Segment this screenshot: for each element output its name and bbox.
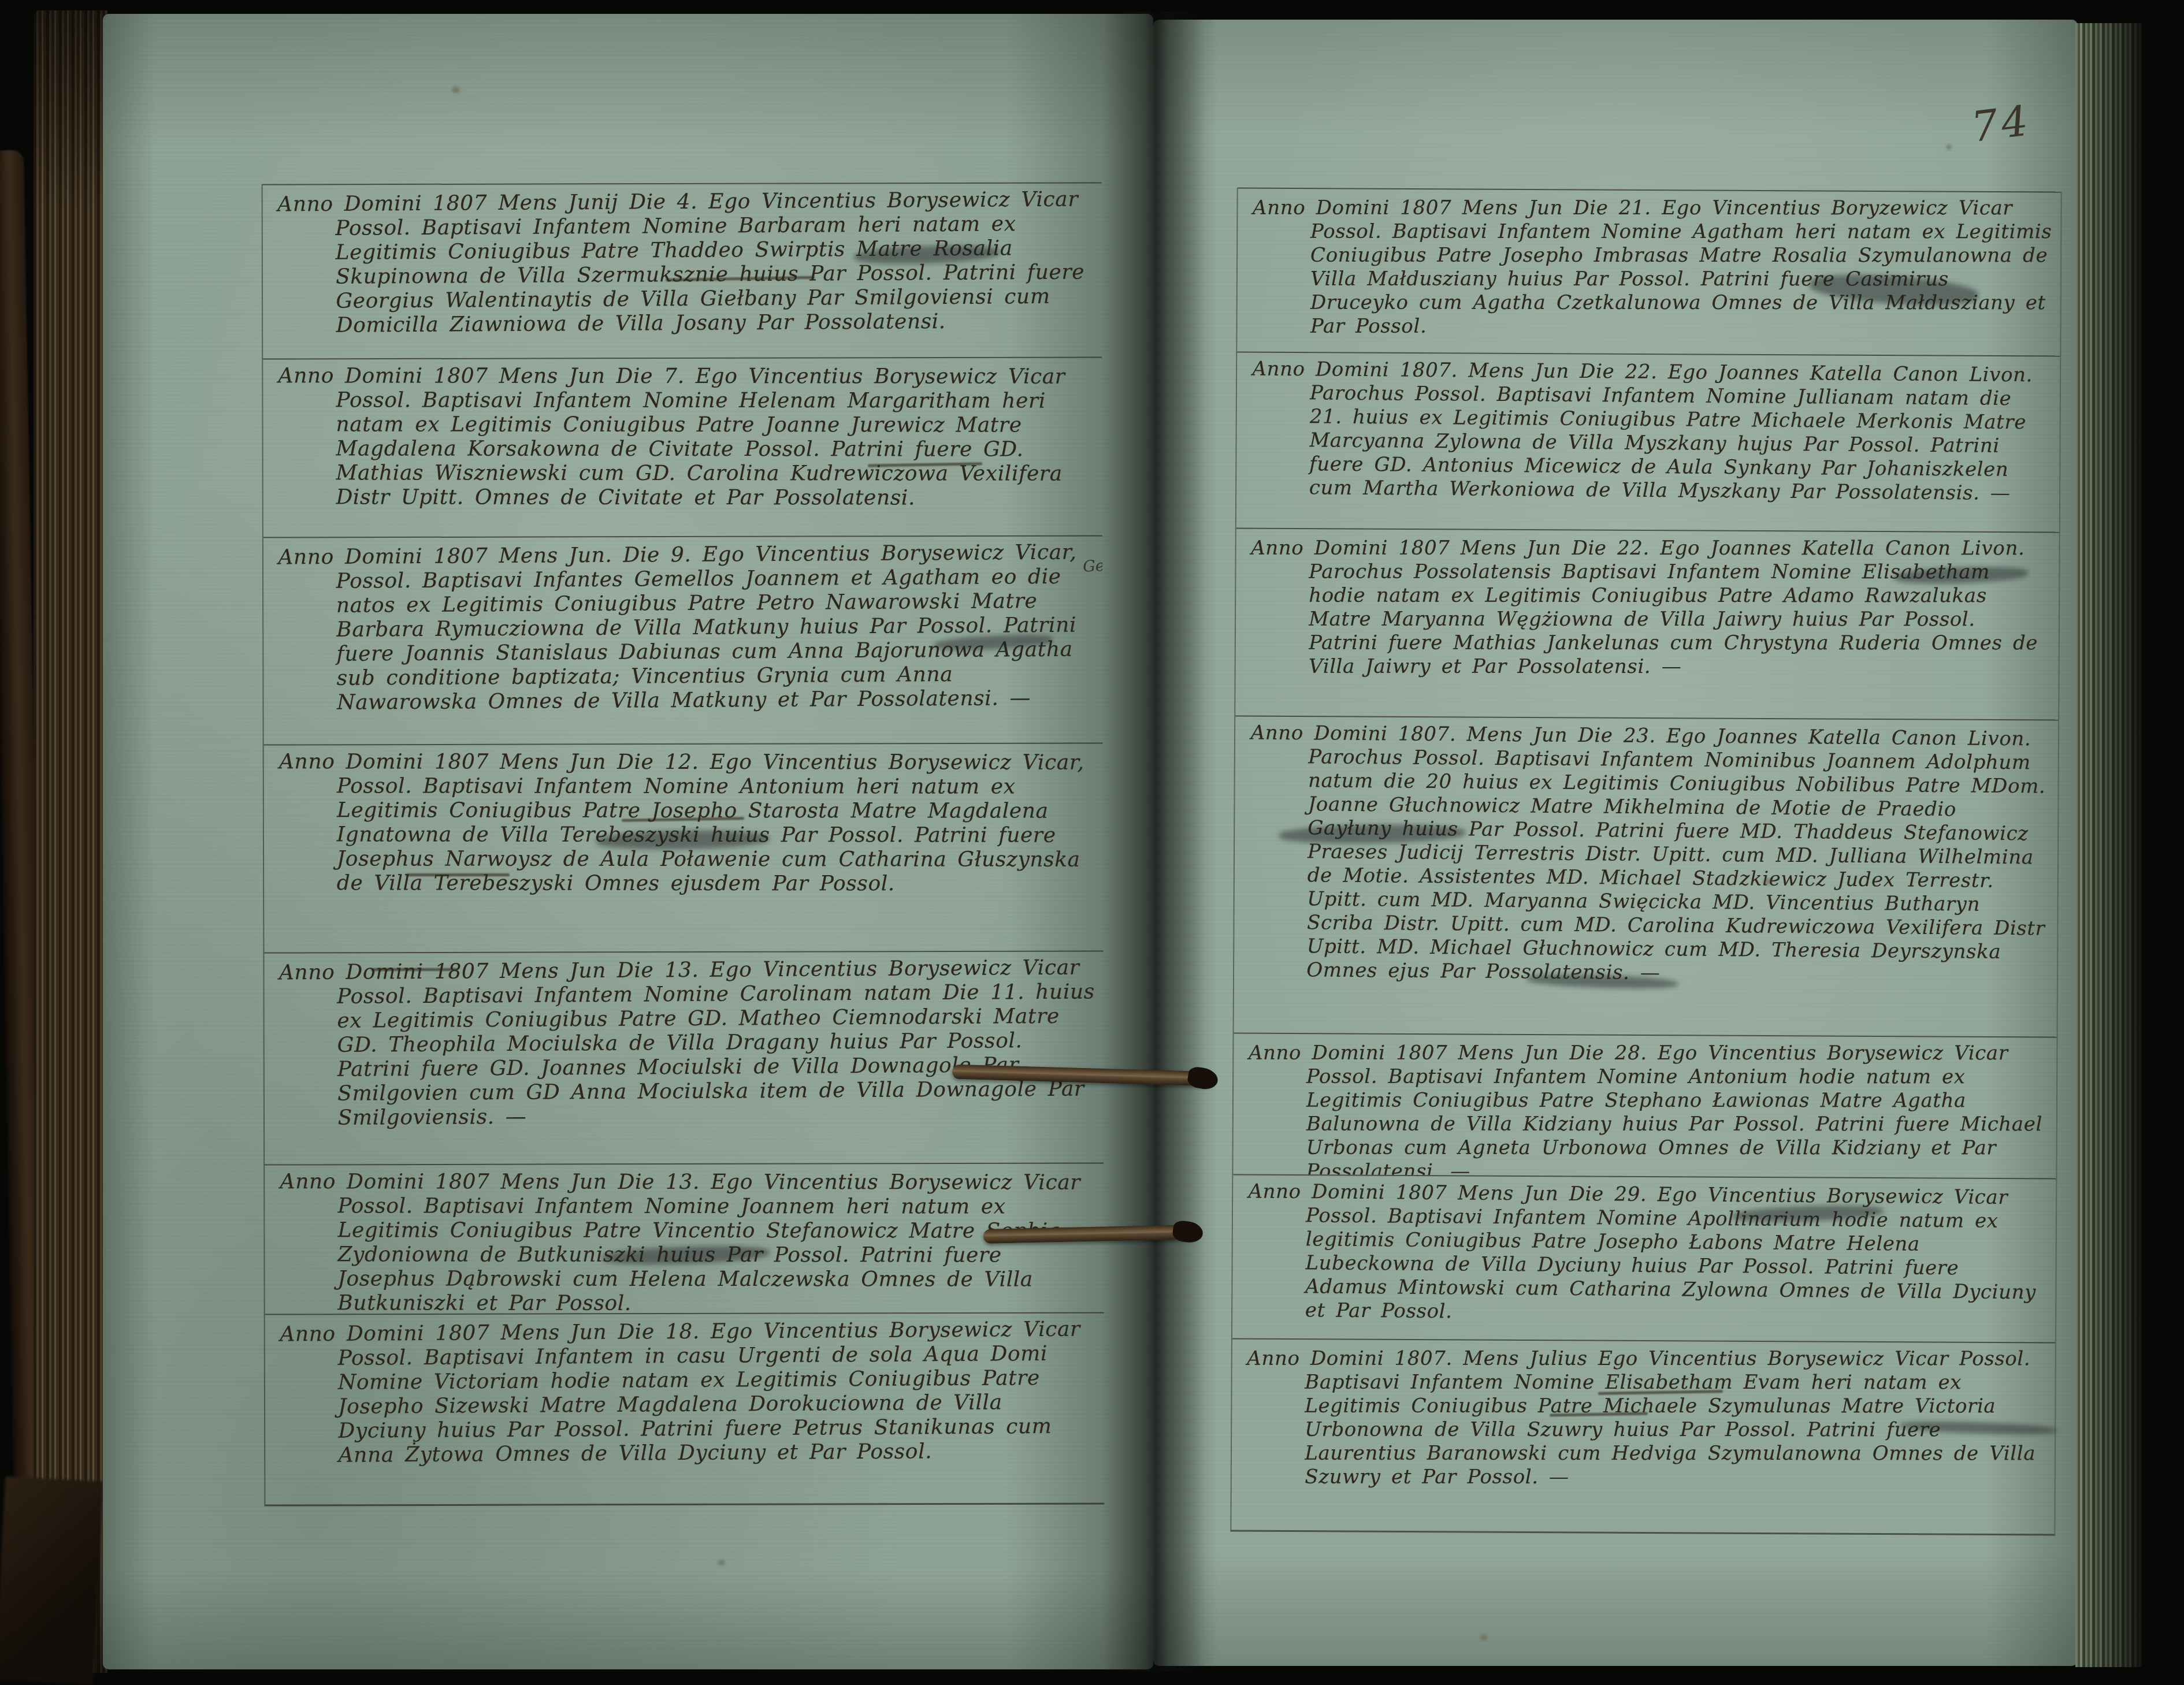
entry-text: Anno Domini 1807 Mens Jun Die 29. Ego Vi…	[1232, 1174, 2056, 1329]
entry-text: Anno Domini 1807 Mens Jun Die 28. Ego Vi…	[1234, 1036, 2056, 1178]
entry-text: Anno Domini 1807. Mens Jun Die 23. Ego J…	[1234, 716, 2059, 988]
baptism-entry: Dyciu ny. Anno Domini 1807 Mens Jun Die …	[1232, 1174, 2056, 1342]
baptism-entry: Dyciu ny. Anno Domini 1807 Mens Jun Die …	[265, 1312, 1105, 1504]
book-cover-corner	[0, 1476, 103, 1683]
paper-stain	[1763, 878, 1772, 885]
page-edge-stack-left	[34, 10, 107, 1673]
baptism-entry: Gayłu ny. Anno Domini 1807. Mens Jun Die…	[1234, 716, 2059, 1037]
paper-stain	[1946, 144, 1952, 150]
book-photo: Szermuksz nie. Anno Domini 1807 Mens Jun…	[0, 0, 2184, 1683]
gutter-shadow	[1102, 12, 1205, 1672]
entry-text: Anno Domini 1807. Mens Jun Die 22. Ego J…	[1236, 352, 2060, 506]
entry-text: Anno Domini 1807 Mens Jun Die 21. Ego Vi…	[1238, 191, 2060, 339]
underline-stroke	[406, 873, 510, 876]
right-page: Mośdu ciany. Anno Domini 1807 Mens Jun D…	[1153, 20, 2078, 1666]
entry-text: Anno Domini 1807 Mens Jun Die 18. Ego Vi…	[265, 1312, 1105, 1468]
right-register-table: Mośdu ciany. Anno Domini 1807 Mens Jun D…	[1230, 188, 2062, 1536]
baptism-entry: Possoła ty. Anno Domini 1807 Mens Jun Di…	[263, 356, 1102, 537]
page-edge-stack-right	[2075, 23, 2146, 1667]
entry-text: Anno Domini 1807 Mens Jun Die 7. Ego Vin…	[263, 358, 1102, 511]
underline-stroke	[371, 968, 458, 971]
baptism-entry: ++++ Butku niszki Anno Domini 1807 Mens …	[265, 1162, 1104, 1314]
entry-text: Anno Domini 1807 Mens Jun Die 13. Ego Vi…	[265, 1164, 1104, 1314]
paper-stain	[1480, 1635, 1487, 1641]
paper-stain	[718, 1560, 725, 1565]
entry-text: Anno Domini 1807. Mens Julius Ego Vincen…	[1232, 1341, 2055, 1490]
baptism-entry: Kidzia ny Anno Domini 1807 Mens Jun Die …	[1233, 1033, 2056, 1178]
baptism-entry: Szermuksz nie. Anno Domini 1807 Mens Jun…	[263, 182, 1102, 358]
entry-text: Anno Domini 1807 Mens Junij Die 4. Ego V…	[263, 182, 1102, 338]
baptism-entry: Jaiw ry. Anno Domini 1807 Mens Jun Die 2…	[1235, 528, 2059, 720]
baptism-entry: Mysz kany. Anno Domini 1807. Mens Jun Di…	[1236, 352, 2060, 532]
entry-text: Anno Domini 1807 Mens Jun Die 13. Ego Vi…	[264, 950, 1104, 1130]
page-number: 74	[1969, 99, 2034, 148]
entry-text: Anno Domini 1807 Mens Jun Die 22. Ego Jo…	[1236, 531, 2059, 679]
baptism-entry: Draga ny. Anno Domini 1807 Mens Jun Die …	[264, 950, 1104, 1164]
baptism-entry: Szuwry. Anno Domini 1807. Mens Julius Eg…	[1231, 1338, 2055, 1534]
paper-stain	[452, 87, 460, 93]
entry-text: Anno Domini 1807 Mens Jun. Die 9. Ego Vi…	[263, 535, 1103, 715]
baptism-entry: Mośdu ciany. Anno Domini 1807 Mens Jun D…	[1237, 188, 2060, 356]
